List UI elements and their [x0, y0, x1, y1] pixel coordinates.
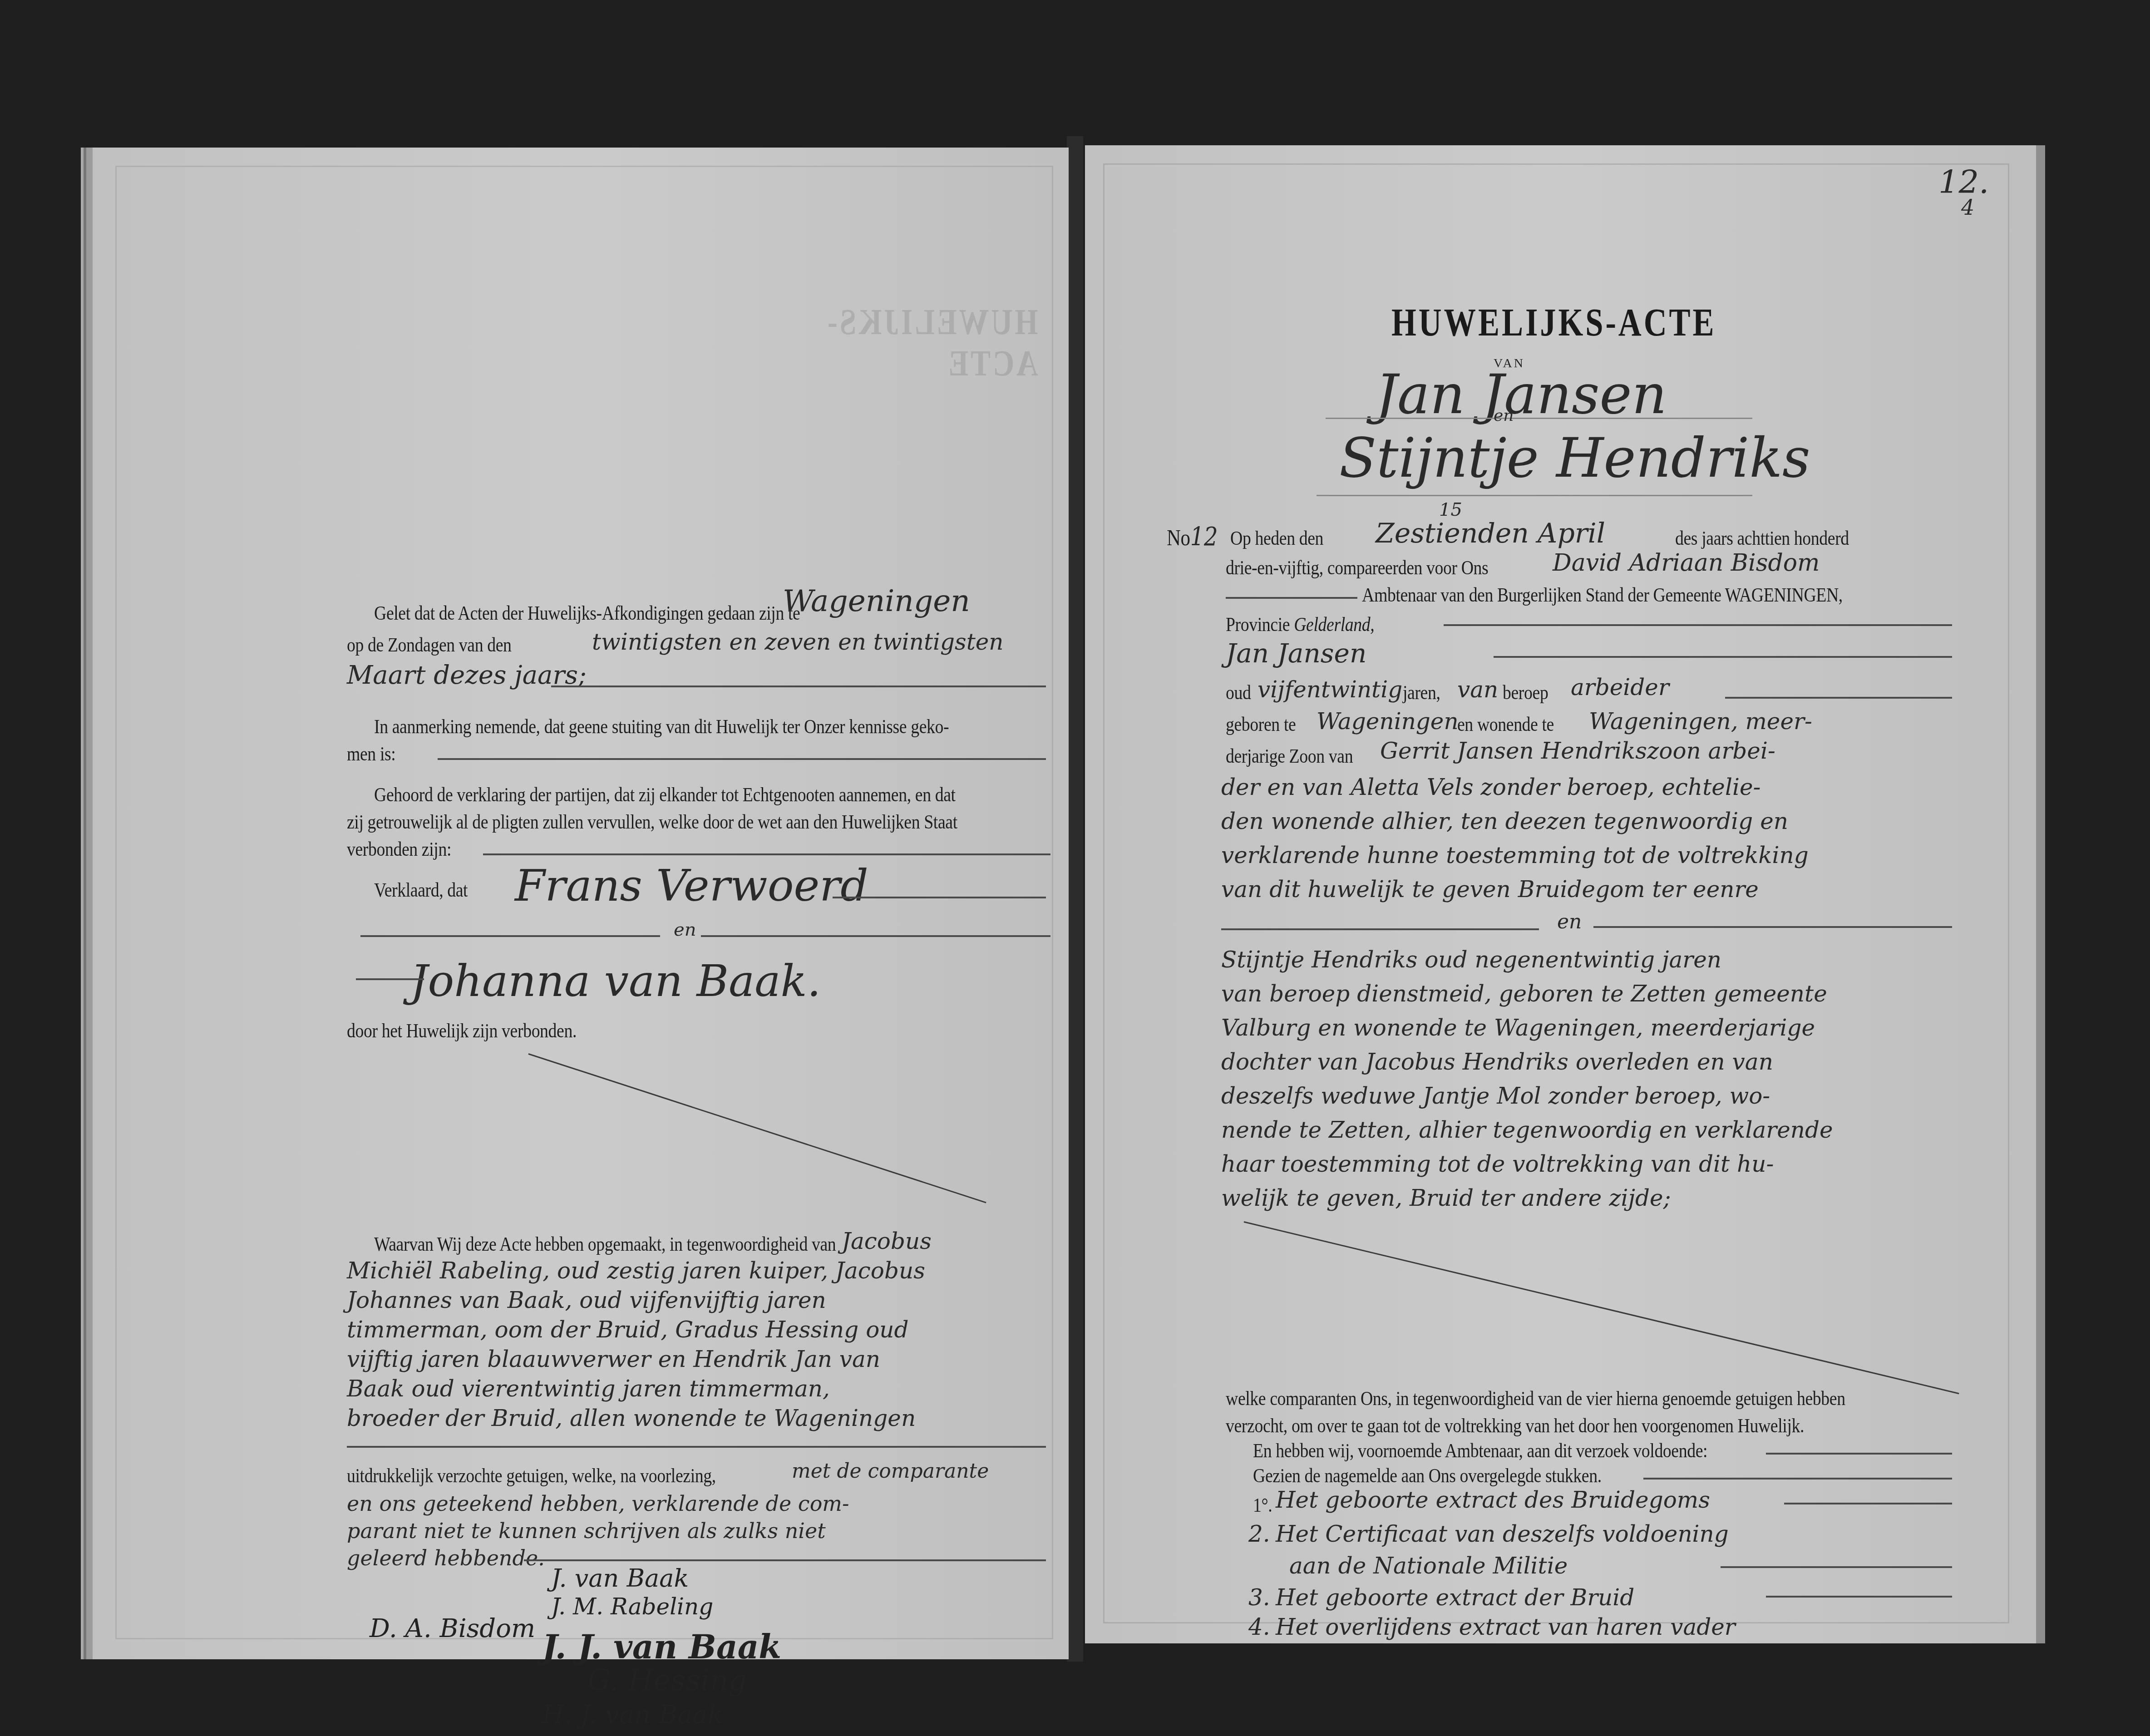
record-number: 12 [1190, 522, 1218, 552]
fill-rule [1784, 1503, 1952, 1504]
drie-en-vijftig: drie-en-vijftig, compareerden voor Ons [1226, 556, 1488, 579]
groom-consent: verklarende hunne toestemming tot de vol… [1221, 842, 1809, 868]
verzoek-line: En hebben wij, voornoemde Ambtenaar, aan… [1253, 1439, 1707, 1462]
signature: G. Hessing [587, 1664, 747, 1697]
provincie-label: Provincie Gelderland, [1226, 613, 1374, 636]
op-heden: Op heden den [1230, 527, 1323, 550]
provincie-value: Gelderland, [1294, 613, 1374, 636]
left-page: HUWELIJKS-ACTE Gelet dat de Acten der Hu… [86, 148, 1069, 1659]
witnesses-printed: Waarvan Wij deze Acte hebben opgemaakt, … [374, 1233, 836, 1256]
afkondiging-text: Gelet dat de Acten der Huwelijks-Afkondi… [374, 602, 800, 625]
groom-consent: van dit huwelijk te geven Bruidegom ter … [1221, 876, 1759, 903]
fill-rule [1725, 697, 1952, 699]
fill-rule [1766, 1453, 1952, 1455]
fill-rule [1643, 1478, 1952, 1480]
stuiting-line-2: men is: [347, 742, 395, 765]
doc-num: 4. [1248, 1614, 1270, 1640]
groom-name: Jan Jansen [1226, 638, 1366, 669]
bride-line: nende te Zetten, alhier tegenwoordig en … [1221, 1117, 1833, 1143]
fill-rule [1444, 624, 1952, 626]
fill-rule [833, 897, 1046, 898]
witness-line: broeder der Bruid, allen wonende te Wage… [347, 1405, 916, 1431]
jaren-label: jaren, [1403, 681, 1440, 704]
witness-line: timmerman, oom der Bruid, Gradus Hessing… [347, 1317, 908, 1343]
signature: J. M. Rabeling [551, 1593, 713, 1620]
fill-rule [1766, 1596, 1952, 1598]
doc-num: 2. [1248, 1521, 1270, 1547]
bride-name-title: Stijntje Hendriks [1339, 427, 1810, 490]
verklaring-line-1: Gehoord de verklaring der partijen, dat … [374, 783, 956, 806]
wonende-label: en wonende te [1457, 713, 1554, 736]
fill-rule [1326, 418, 1752, 419]
gezien-line: Gezien de nagemelde aan Ons overgelegde … [1253, 1464, 1602, 1487]
witness-line: Baak oud vierentwintig jaren timmerman, [347, 1376, 830, 1402]
fill-rule [438, 758, 1046, 760]
witness-line: vijftig jaren blaauwverwer en Hendrik Ja… [347, 1346, 880, 1372]
groom-parents: den wonende alhier, ten deezen tegenwoor… [1221, 808, 1788, 834]
fill-rule [1317, 495, 1752, 496]
groom-age: vijfentwintig [1257, 676, 1402, 703]
closing-hand: parant niet te kunnen schrijven als zulk… [347, 1519, 826, 1543]
zondagen-text: op de Zondagen van den [347, 633, 512, 656]
ambtenaar-line: Ambtenaar van den Burgerlijken Stand der… [1362, 583, 1843, 607]
doc-num: 3. [1248, 1584, 1270, 1611]
provincie-text: Provincie [1226, 613, 1290, 636]
record-no-label: No12 [1167, 522, 1218, 552]
beroep-label: beroep [1503, 681, 1548, 704]
verklaring-line-2: zij getrouwelijk al de pligten zullen ve… [347, 810, 957, 833]
comparanten-line-2: verzocht, om over te gaan tot de voltrek… [1226, 1414, 1804, 1437]
signature: J. J. van Baak [542, 1627, 781, 1666]
fill-rule [551, 686, 1046, 687]
groom-birthplace: Wageningen [1317, 708, 1459, 735]
fill-rule [524, 1559, 1046, 1561]
bleed-through-header: HUWELIJKS-ACTE [759, 302, 1038, 385]
groom-name-left: Frans Verwoerd [515, 860, 868, 911]
signature: J. van Baak [551, 1564, 689, 1593]
doc-item: aan de Nationale Militie [1289, 1553, 1568, 1579]
signature: H. J. van Baak [542, 1700, 723, 1730]
groom-parents: Gerrit Jansen Hendrikszoon arbei- [1380, 738, 1775, 764]
van-hand: van [1457, 676, 1498, 703]
and-connector: en [674, 919, 696, 940]
groom-parents: der en van Aletta Vels zonder beroep, ec… [1221, 774, 1760, 800]
bride-line: deszelfs weduwe Jantje Mol zonder beroep… [1221, 1083, 1770, 1109]
fill-rule [483, 853, 1050, 855]
bride-line: dochter van Jacobus Hendriks overleden e… [1221, 1049, 1773, 1075]
official-name: David Adriaan Bisdom [1553, 549, 1820, 577]
bride-name-left: Johanna van Baak. [410, 956, 821, 1006]
bride-line: welijk te geven, Bruid ter andere zijde; [1221, 1185, 1671, 1211]
bride-line: haar toestemming tot de voltrekking van … [1221, 1151, 1774, 1177]
right-page: 12. 4 HUWELIJKS-ACTE VAN Jan Jansen en S… [1085, 145, 2045, 1643]
verbonden-text: door het Huwelijk zijn verbonden. [347, 1019, 577, 1042]
witness-line: Michiël Rabeling, oud zestig jaren kuipe… [347, 1258, 925, 1284]
fill-rule [701, 935, 1050, 937]
verklaard-label: Verklaard, dat [374, 878, 468, 902]
bride-line: Stijntje Hendriks oud negenentwintig jar… [1221, 947, 1721, 973]
document-title: HUWELIJKS-ACTE [1391, 300, 1716, 345]
fill-rule [1226, 597, 1357, 599]
separator-en: en [1557, 910, 1582, 933]
comparanten-line-1: welke comparanten Ons, in tegenwoordighe… [1226, 1387, 1845, 1410]
title-en: en [1494, 406, 1514, 425]
page-subnumber: 4 [1961, 195, 1974, 220]
witness-line: Jacobus [842, 1228, 932, 1254]
fill-rule [1593, 926, 1952, 928]
groom-name-title: Jan Jansen [1376, 363, 1667, 426]
zoon-label: derjarige Zoon van [1226, 745, 1353, 768]
oud-label: oud [1226, 681, 1251, 704]
doc-item: Het geboorte extract der Bruid [1276, 1584, 1634, 1611]
doc-item: Het geboorte extract des Bruidegoms [1276, 1487, 1710, 1513]
book-spine [1067, 136, 1083, 1662]
closing-hand: en ons geteekend hebben, verklarende de … [347, 1491, 849, 1516]
groom-residence: Wageningen, meer- [1589, 708, 1812, 735]
fill-rule [1721, 1566, 1952, 1568]
doc-item: Het overlijdens extract van haren vader [1276, 1614, 1736, 1640]
no-label: No [1167, 525, 1190, 550]
fill-rule [356, 978, 424, 980]
closing-printed: uitdrukkelijk verzochte getuigen, welke,… [347, 1464, 716, 1487]
geboren-label: geboren te [1226, 713, 1296, 736]
afkondiging-month: Maart dezes jaars; [347, 661, 587, 690]
afkondiging-place: Wageningen [783, 583, 970, 618]
witness-line: Johannes van Baak, oud vijfenvijftig jar… [347, 1287, 826, 1313]
fill-rule [347, 1446, 1046, 1448]
doc-item: Het Certificaat van deszelfs voldoening [1276, 1521, 1729, 1547]
fill-rule [360, 935, 660, 937]
marriage-date: Zestienden April [1376, 518, 1605, 549]
groom-occupation: arbeider [1571, 674, 1669, 700]
closing-hand: geleerd hebbende. [347, 1546, 545, 1570]
fill-rule [1494, 656, 1952, 658]
signature-official: D. A. Bisdom [370, 1614, 535, 1643]
stuiting-line-1: In aanmerking nemende, dat geene stuitin… [374, 715, 949, 738]
des-jaars: des jaars achttien honderd [1675, 527, 1849, 550]
closing-hand: met de comparante [792, 1460, 989, 1483]
afkondiging-dates: twintigsten en zeven en twintigsten [592, 629, 1004, 655]
doc-num: 1°. [1253, 1494, 1272, 1517]
verklaring-line-3: verbonden zijn: [347, 838, 451, 861]
bride-line: Valburg en wonende te Wageningen, meerde… [1221, 1015, 1815, 1041]
fill-rule [1221, 928, 1539, 930]
bride-line: van beroep dienstmeid, geboren te Zetten… [1221, 981, 1827, 1007]
